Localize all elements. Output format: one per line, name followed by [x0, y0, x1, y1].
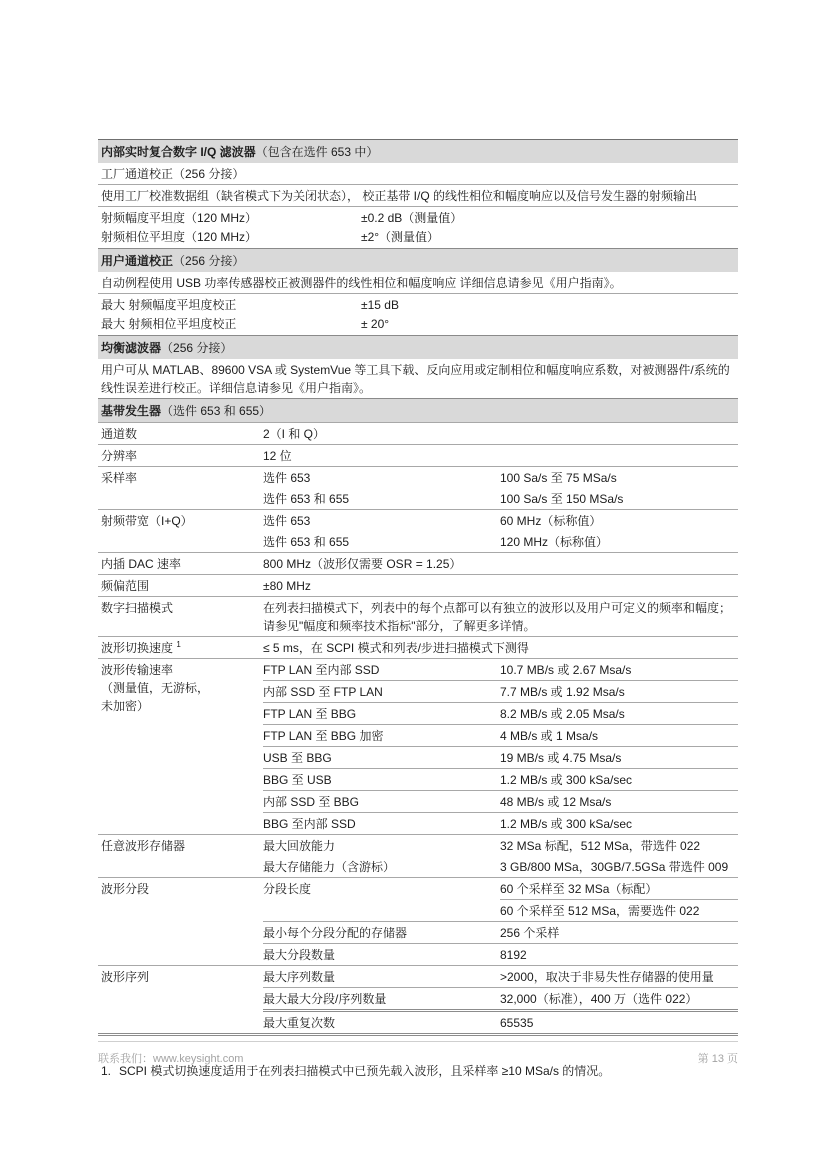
spec-group-waveform-sequence: 波形序列 最大序列数量>2000，取决于非易失性存储器的使用量 最大最大分段/序… [98, 965, 738, 1033]
spec-value: 12 位 [263, 447, 738, 465]
spec-label: 射频幅度平坦度（120 MHz） [101, 209, 361, 227]
spec-condition: 最小每个分段分配的存储器 [263, 924, 500, 942]
spec-group-label: 波形分段 [98, 878, 263, 965]
spec-condition: BBG 至 USB [263, 771, 500, 789]
spec-line: 最大重复次数65535 [263, 1009, 738, 1033]
section-header-equalizer: 均衡滤波器（256 分接） [98, 335, 738, 359]
spec-condition: FTP LAN 至内部 SSD [263, 661, 500, 679]
spec-group-label: 射频带宽（I+Q） [98, 510, 263, 552]
spec-condition: 选件 653 [263, 512, 500, 530]
datasheet-page: 内部实时复合数字 I/Q 滤波器（包含在选件 653 中） 工厂通道校正（256… [0, 0, 827, 1170]
spec-row: 射频相位平坦度（120 MHz） ±2°（测量值） [98, 227, 738, 246]
spec-group-label: 内插 DAC 速率 [98, 553, 263, 574]
spec-value: 60 MHz（标称值） [500, 512, 738, 530]
section-header-baseband: 基带发生器（选件 653 和 655） [98, 398, 738, 422]
spec-line: 选件 653100 Sa/s 至 75 MSa/s [263, 467, 738, 488]
spec-condition: 最大分段数量 [263, 946, 500, 964]
spec-value: 1.2 MB/s 或 300 kSa/sec [500, 815, 738, 833]
spec-value: >2000，取决于非易失性存储器的使用量 [500, 968, 738, 986]
spec-value: 2（I 和 Q） [263, 425, 738, 443]
spec-line: 最大分段数量8192 [263, 943, 738, 965]
spec-line: BBG 至 USB1.2 MB/s 或 300 kSa/sec [263, 768, 738, 790]
spec-condition: FTP LAN 至 BBG 加密 [263, 727, 500, 745]
spec-label: 射频相位平坦度（120 MHz） [101, 228, 361, 246]
spec-value: 800 MHz（波形仅需要 OSR = 1.25） [263, 555, 738, 573]
spec-group-waveform-segments: 波形分段 分段长度60 个采样至 32 MSa（标配） 60 个采样至 512 … [98, 877, 738, 965]
spec-line: 2（I 和 Q） [263, 423, 738, 444]
spec-value: ±0.2 dB（测量值） [361, 209, 735, 227]
spec-condition: BBG 至内部 SSD [263, 815, 500, 833]
user-cal-specs: 最大 射频幅度平坦度校正 ±15 dB 最大 射频相位平坦度校正 ± 20° [98, 294, 738, 335]
spec-value: ≤ 5 ms，在 SCPI 模式和列表/步进扫描模式下测得 [263, 639, 738, 657]
spec-condition: USB 至 BBG [263, 749, 500, 767]
spec-value: 10.7 MB/s 或 2.67 Msa/s [500, 661, 738, 679]
spec-group-label: 波形序列 [98, 966, 263, 1033]
section-title-note: （256 分接） [173, 254, 244, 268]
spec-row: 最大 射频相位平坦度校正 ± 20° [98, 314, 738, 333]
section-title: 基带发生器 [101, 404, 161, 418]
spec-value: ±80 MHz [263, 577, 738, 595]
section-title-note: （选件 653 和 655） [161, 404, 271, 418]
spec-line: BBG 至内部 SSD1.2 MB/s 或 300 kSa/sec [263, 812, 738, 834]
footer-contact: 联系我们：www.keysight.com [98, 1051, 243, 1068]
spec-condition [263, 899, 500, 920]
factory-cal-description: 使用工厂校准数据组（缺省模式下为关闭状态）， 校正基带 I/Q 的线性相位和幅度… [98, 185, 738, 207]
spec-value: ± 20° [361, 315, 735, 333]
factory-cal-specs: 射频幅度平坦度（120 MHz） ±0.2 dB（测量值） 射频相位平坦度（12… [98, 207, 738, 248]
section-title-note: （256 分接） [161, 341, 232, 355]
contact-label: 联系我们： [98, 1053, 153, 1065]
equalizer-description: 用户可从 MATLAB、89600 VSA 或 SystemVue 等工具下载、… [98, 359, 738, 398]
spec-line: FTP LAN 至 BBG 加密4 MB/s 或 1 Msa/s [263, 724, 738, 746]
page-content: 内部实时复合数字 I/Q 滤波器（包含在选件 653 中） 工厂通道校正（256… [98, 139, 738, 1080]
section-title: 均衡滤波器 [101, 341, 161, 355]
spec-value: 100 Sa/s 至 150 MSa/s [500, 490, 738, 508]
spec-value: 在列表扫描模式下，列表中的每个点都可以有独立的波形以及用户可定义的频率和幅度；请… [263, 599, 738, 635]
spec-group-resolution: 分辨率 12 位 [98, 444, 738, 466]
spec-value: 8.2 MB/s 或 2.05 Msa/s [500, 705, 738, 723]
spec-line: 800 MHz（波形仅需要 OSR = 1.25） [263, 553, 738, 574]
spec-line: FTP LAN 至内部 SSD10.7 MB/s 或 2.67 Msa/s [263, 659, 738, 680]
spec-value: 120 MHz（标称值） [500, 533, 738, 551]
spec-line: 内部 SSD 至 BBG48 MB/s 或 12 Msa/s [263, 790, 738, 812]
spec-line: 选件 653 和 655120 MHz（标称值） [263, 531, 738, 552]
spec-group-label: 数字扫描模式 [98, 597, 263, 636]
spec-row: 射频幅度平坦度（120 MHz） ±0.2 dB（测量值） [98, 208, 738, 227]
spec-line: 最小每个分段分配的存储器256 个采样 [263, 921, 738, 943]
keysight-website-link[interactable]: www.keysight.com [153, 1053, 243, 1065]
spec-condition: 内部 SSD 至 FTP LAN [263, 683, 500, 701]
spec-value: 4 MB/s 或 1 Msa/s [500, 727, 738, 745]
spec-row: 最大 射频幅度平坦度校正 ±15 dB [98, 295, 738, 314]
section-title: 用户通道校正 [101, 254, 173, 268]
spec-line: 最大存储能力（含游标）3 GB/800 MSa，30GB/7.5GSa 带选件 … [263, 856, 738, 877]
spec-line: 最大最大分段/序列数量32,000（标准），400 万（选件 022） [263, 987, 738, 1009]
section-header-iq-filter: 内部实时复合数字 I/Q 滤波器（包含在选件 653 中） [98, 139, 738, 163]
page-number: 第 13 页 [698, 1051, 738, 1068]
spec-group-label: 波形切换速度 1 [98, 637, 263, 658]
spec-group-rf-bandwidth: 射频带宽（I+Q） 选件 65360 MHz（标称值） 选件 653 和 655… [98, 509, 738, 552]
spec-line: 分段长度60 个采样至 32 MSa（标配） [263, 878, 738, 899]
section-title-note: （包含在选件 653 中） [256, 145, 379, 159]
spec-group-arb-memory: 任意波形存储器 最大回放能力32 MSa 标配，512 MSa，带选件 022 … [98, 834, 738, 877]
spec-line: ≤ 5 ms，在 SCPI 模式和列表/步进扫描模式下测得 [263, 637, 738, 658]
baseband-spec-table: 通道数 2（I 和 Q） 分辨率 12 位 采样率 选件 653100 Sa/s… [98, 422, 738, 1036]
spec-line: 最大序列数量>2000，取决于非易失性存储器的使用量 [263, 966, 738, 987]
spec-group-sample-rate: 采样率 选件 653100 Sa/s 至 75 MSa/s 选件 653 和 6… [98, 466, 738, 509]
spec-value: 19 MB/s 或 4.75 Msa/s [500, 749, 738, 767]
spec-value: 1.2 MB/s 或 300 kSa/sec [500, 771, 738, 789]
spec-value: 32,000（标准），400 万（选件 022） [500, 990, 738, 1008]
spec-line: 最大回放能力32 MSa 标配，512 MSa，带选件 022 [263, 835, 738, 856]
spec-value: 7.7 MB/s 或 1.92 Msa/s [500, 683, 738, 701]
spec-condition: 内部 SSD 至 BBG [263, 793, 500, 811]
page-footer: 联系我们：www.keysight.com 第 13 页 [98, 1041, 738, 1068]
spec-condition: 选件 653 和 655 [263, 490, 500, 508]
spec-line: 12 位 [263, 445, 738, 466]
spec-condition: 选件 653 [263, 469, 500, 487]
spec-condition: 最大重复次数 [263, 1014, 500, 1032]
spec-value: ±2°（测量值） [361, 228, 735, 246]
spec-condition: FTP LAN 至 BBG [263, 705, 500, 723]
spec-value: 48 MB/s 或 12 Msa/s [500, 793, 738, 811]
spec-group-dac-rate: 内插 DAC 速率 800 MHz（波形仅需要 OSR = 1.25） [98, 552, 738, 574]
spec-label: 最大 射频幅度平坦度校正 [101, 296, 361, 314]
footnote-reference: 1 [176, 640, 180, 649]
spec-group-label: 任意波形存储器 [98, 835, 263, 877]
spec-group-label: 采样率 [98, 467, 263, 509]
spec-condition: 最大回放能力 [263, 837, 500, 855]
spec-label: 最大 射频相位平坦度校正 [101, 315, 361, 333]
spec-group-waveform-switching: 波形切换速度 1 ≤ 5 ms，在 SCPI 模式和列表/步进扫描模式下测得 [98, 636, 738, 658]
spec-line: 在列表扫描模式下，列表中的每个点都可以有独立的波形以及用户可定义的频率和幅度；请… [263, 597, 738, 636]
spec-line: USB 至 BBG19 MB/s 或 4.75 Msa/s [263, 746, 738, 768]
spec-line: FTP LAN 至 BBG8.2 MB/s 或 2.05 Msa/s [263, 702, 738, 724]
spec-value: 3 GB/800 MSa，30GB/7.5GSa 带选件 009 [500, 858, 738, 876]
spec-line: 内部 SSD 至 FTP LAN7.7 MB/s 或 1.92 Msa/s [263, 680, 738, 702]
spec-condition: 最大最大分段/序列数量 [263, 990, 500, 1008]
spec-line: 选件 653 和 655100 Sa/s 至 150 MSa/s [263, 488, 738, 509]
section-header-user-cal: 用户通道校正（256 分接） [98, 248, 738, 272]
spec-value: 60 个采样至 32 MSa（标配） [500, 880, 738, 898]
user-cal-description: 自动例程使用 USB 功率传感器校正被测器件的线性相位和幅度响应 详细信息请参见… [98, 272, 738, 294]
spec-group-label: 频偏范围 [98, 575, 263, 596]
spec-group-freq-offset: 频偏范围 ±80 MHz [98, 574, 738, 596]
spec-value: 60 个采样至 512 MSa，需要选件 022 [500, 899, 738, 920]
spec-line: ±80 MHz [263, 575, 738, 596]
spec-group-digital-sweep: 数字扫描模式 在列表扫描模式下，列表中的每个点都可以有独立的波形以及用户可定义的… [98, 596, 738, 636]
spec-group-label: 分辨率 [98, 445, 263, 466]
spec-value: 256 个采样 [500, 924, 738, 942]
spec-value: 100 Sa/s 至 75 MSa/s [500, 469, 738, 487]
spec-value: ±15 dB [361, 296, 735, 314]
spec-group-label: 通道数 [98, 423, 263, 444]
spec-label-text: 波形切换速度 [101, 641, 173, 655]
spec-line: 60 个采样至 512 MSa，需要选件 022 [263, 899, 738, 921]
spec-condition: 分段长度 [263, 880, 500, 898]
spec-condition: 选件 653 和 655 [263, 533, 500, 551]
spec-group-transfer-rate: 波形传输速率 （测量值，无游标， 未加密） FTP LAN 至内部 SSD10.… [98, 658, 738, 834]
spec-value: 32 MSa 标配，512 MSa，带选件 022 [500, 837, 738, 855]
spec-group-channels: 通道数 2（I 和 Q） [98, 422, 738, 444]
spec-condition: 最大序列数量 [263, 968, 500, 986]
spec-group-label: 波形传输速率 （测量值，无游标， 未加密） [98, 659, 263, 834]
spec-value: 65535 [500, 1014, 738, 1032]
spec-value: 8192 [500, 946, 738, 964]
section-title: 内部实时复合数字 I/Q 滤波器 [101, 145, 256, 159]
spec-line: 选件 65360 MHz（标称值） [263, 510, 738, 531]
spec-condition: 最大存储能力（含游标） [263, 858, 500, 876]
subsection-factory-cal-heading: 工厂通道校正（256 分接） [98, 163, 738, 185]
